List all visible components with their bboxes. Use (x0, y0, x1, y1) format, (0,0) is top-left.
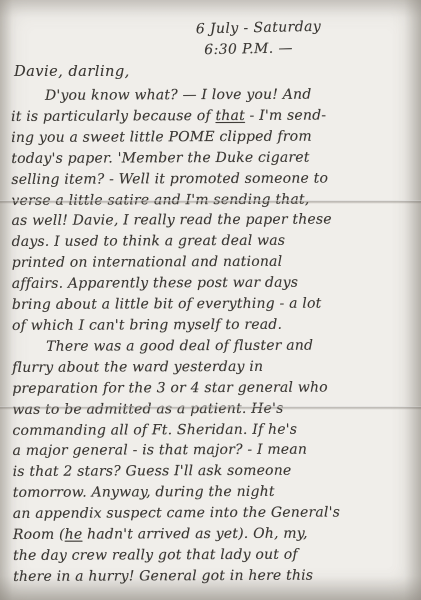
line-text: Room ( (13, 527, 65, 543)
letter-line: printed on international and national (12, 251, 412, 274)
letter-line: D'you know what? — I love you! And (11, 84, 411, 107)
letter-line: there in a hurry! General got in here th… (13, 565, 413, 588)
letter-line: as well! Davie, I really read the paper … (11, 210, 411, 233)
letter-line: the day crew really got that lady out of (13, 544, 413, 567)
line-text: - I'm send- (245, 107, 326, 123)
letter-line: of which I can't bring myself to read. (12, 314, 412, 337)
letter-line: There was a good deal of fluster and (12, 335, 412, 358)
time-line: 6:30 P.M. — (204, 38, 322, 61)
letter-line: a major general - is that major? - I mea… (12, 440, 412, 463)
letter-line: was to be admitted as a patient. He's (12, 398, 412, 421)
letter-line: selling item? - Well it promoted someone… (11, 168, 411, 191)
letter-line: days. I used to think a great deal was (12, 230, 412, 253)
letter-line: ing you a sweet little POME clipped from (11, 126, 411, 149)
letter-line: affairs. Apparently these post war days (12, 272, 412, 295)
letter-line: tomorrow. Anyway, during the night (13, 481, 413, 504)
letter-line: flurry about the ward yesterday in (12, 356, 412, 379)
letter-line: is that 2 stars? Guess I'll ask someone (13, 460, 413, 483)
underlined-word: he (65, 527, 83, 543)
letter-line: verse a little satire and I'm sending th… (11, 189, 411, 212)
salutation: Davie, darling, (14, 64, 130, 80)
line-text: it is particularly because of (11, 108, 215, 125)
letter-line: today's paper. 'Member the Duke cigaret (11, 147, 411, 170)
letter-line: it is particularly because of that - I'm… (11, 105, 411, 128)
letter-line: Room (he hadn't arrived as yet). Oh, my, (13, 523, 413, 546)
letter-body: D'you know what? — I love you! And it is… (11, 84, 413, 587)
letter-line: commanding all of Ft. Sheridan. If he's (12, 419, 412, 442)
letter-line: bring about a little bit of everything -… (12, 293, 412, 316)
handwritten-letter-page: 6 July - Saturday 6:30 P.M. — Davie, dar… (0, 0, 421, 600)
letter-line: an appendix suspect came into the Genera… (13, 502, 413, 525)
date-line: 6 July - Saturday (196, 17, 322, 41)
underlined-word: that (215, 108, 244, 124)
date-block: 6 July - Saturday 6:30 P.M. — (196, 17, 322, 62)
letter-line: preparation for the 3 or 4 star general … (12, 377, 412, 400)
line-text: hadn't arrived as yet). Oh, my, (82, 526, 307, 543)
